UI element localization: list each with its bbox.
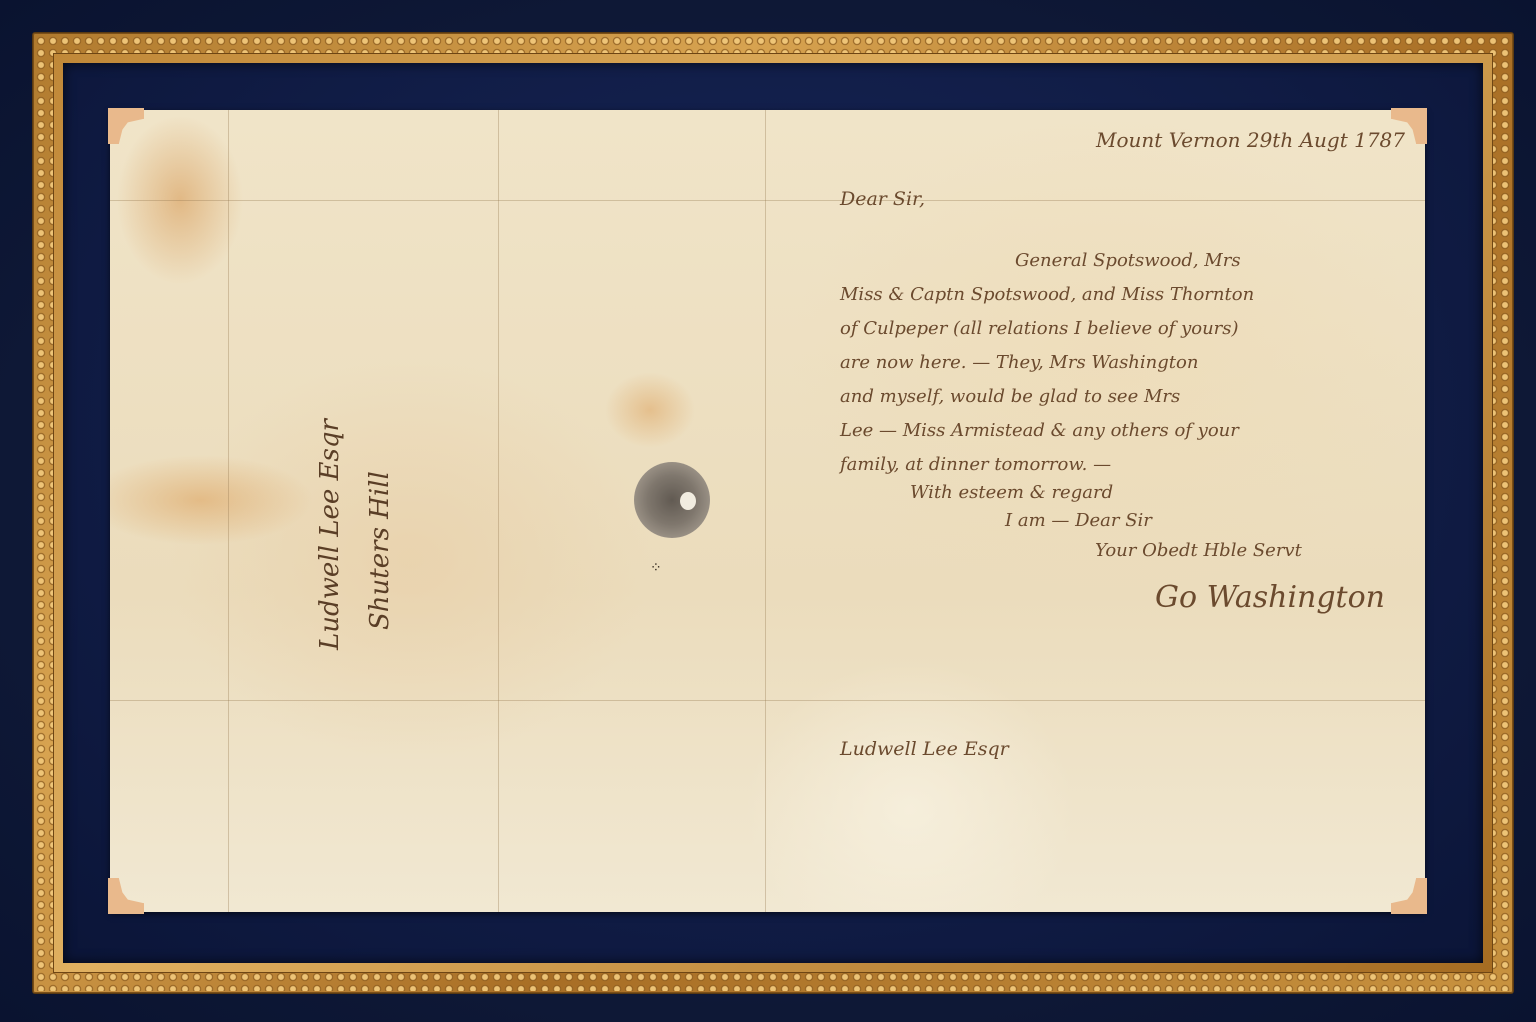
signature: Go Washington	[1155, 580, 1385, 615]
closing-line-1: With esteem & regard	[910, 482, 1113, 503]
body-line-1: General Spotswood, Mrs	[1015, 250, 1241, 271]
closing-line-2: I am — Dear Sir	[1005, 510, 1152, 531]
letter-salutation: Dear Sir,	[840, 188, 925, 210]
corner-mount-bottom-right	[1391, 878, 1427, 914]
letter-dateline: Mount Vernon 29th Augt 1787	[1096, 128, 1405, 152]
body-line-6: Lee — Miss Armistead & any others of you…	[840, 420, 1239, 441]
fold-line	[228, 110, 229, 912]
body-line-2: Miss & Captn Spotswood, and Miss Thornto…	[840, 284, 1254, 305]
body-line-3: of Culpeper (all relations I believe of …	[840, 318, 1239, 339]
address-line-2: Shuters Hill	[365, 471, 395, 630]
fold-line	[498, 110, 499, 912]
corner-mount-top-left	[108, 108, 144, 144]
center-fold-line	[765, 110, 766, 912]
wax-seal-remnant	[634, 462, 710, 538]
fold-line	[110, 700, 1425, 701]
letter-addressee: Ludwell Lee Esqr	[840, 738, 1009, 760]
fold-line	[110, 200, 1425, 201]
body-line-4: are now here. — They, Mrs Washington	[840, 352, 1198, 373]
address-line-1: Ludwell Lee Esqr	[315, 419, 345, 650]
corner-mount-bottom-left	[108, 878, 144, 914]
body-line-7: family, at dinner tomorrow. —	[840, 454, 1111, 475]
letter-paper: ⁘ Ludwell Lee Esqr Shuters Hill Mount Ve…	[110, 110, 1425, 912]
closing-line-3: Your Obedt Hble Servt	[1095, 540, 1302, 561]
ink-dots: ⁘	[650, 560, 664, 576]
body-line-5: and myself, would be glad to see Mrs	[840, 386, 1180, 407]
